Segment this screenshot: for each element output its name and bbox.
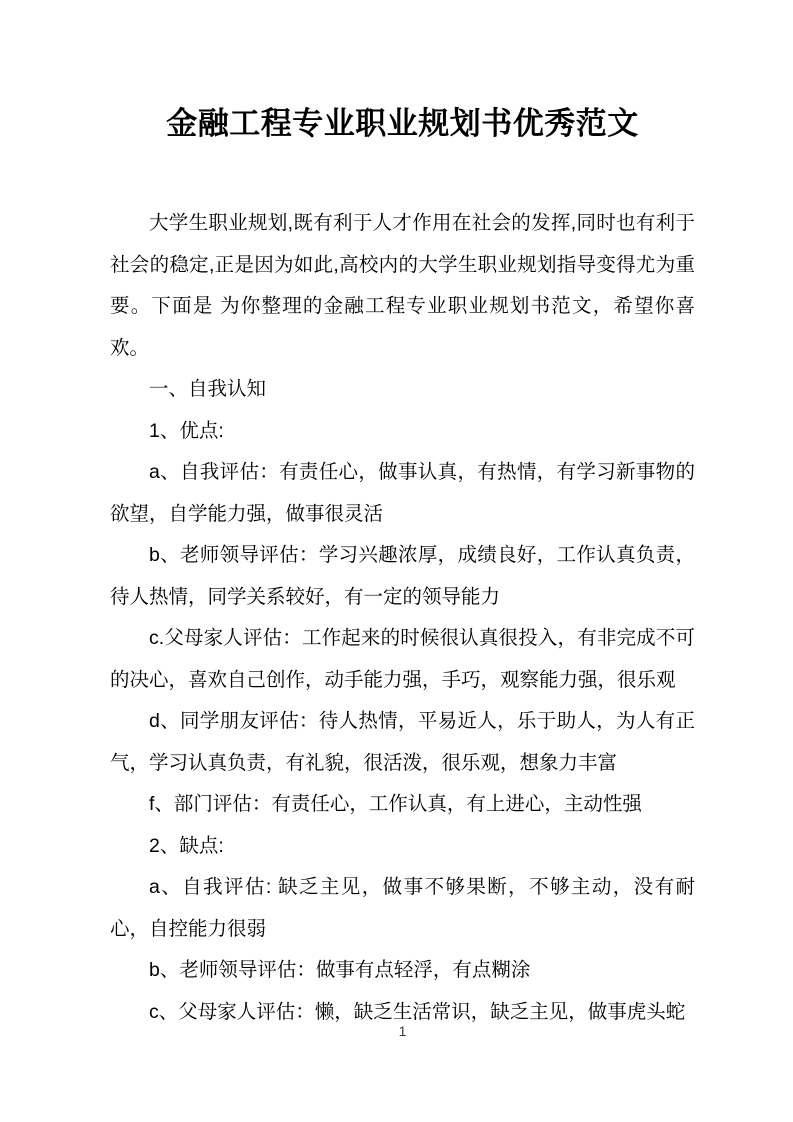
document-body: 大学生职业规划,既有利于人才作用在社会的发挥,同时也有利于社会的稳定,正是因为如… — [110, 203, 695, 1033]
paragraph: c.父母家人评估：工作起来的时候很认真很投入，有非完成不可的决心，喜欢自己创作，… — [110, 618, 695, 701]
paragraph: 1、优点: — [110, 411, 695, 453]
paragraph: a、自我评估：有责任心，做事认真，有热情，有学习新事物的欲望，自学能力强，做事很… — [110, 452, 695, 535]
document-page: 金融工程专业职业规划书优秀范文 大学生职业规划,既有利于人才作用在社会的发挥,同… — [0, 0, 793, 1122]
paragraph: a、自我评估: 缺乏主见，做事不够果断，不够主动，没有耐心，自控能力很弱 — [110, 867, 695, 950]
paragraph: f、部门评估：有责任心，工作认真，有上进心，主动性强 — [110, 784, 695, 826]
document-title: 金融工程专业职业规划书优秀范文 — [110, 101, 695, 147]
paragraph: d、同学朋友评估：待人热情，平易近人，乐于助人，为人有正气，学习认真负责，有礼貌… — [110, 701, 695, 784]
paragraph: b、老师领导评估：学习兴趣浓厚，成绩良好，工作认真负责，待人热情，同学关系较好，… — [110, 535, 695, 618]
paragraph: 一、自我认知 — [110, 369, 695, 411]
paragraph: 大学生职业规划,既有利于人才作用在社会的发挥,同时也有利于社会的稳定,正是因为如… — [110, 203, 695, 369]
paragraph: 2、缺点: — [110, 826, 695, 868]
paragraph: b、老师领导评估：做事有点轻浮，有点糊涂 — [110, 950, 695, 992]
page-number: 1 — [110, 1022, 695, 1040]
